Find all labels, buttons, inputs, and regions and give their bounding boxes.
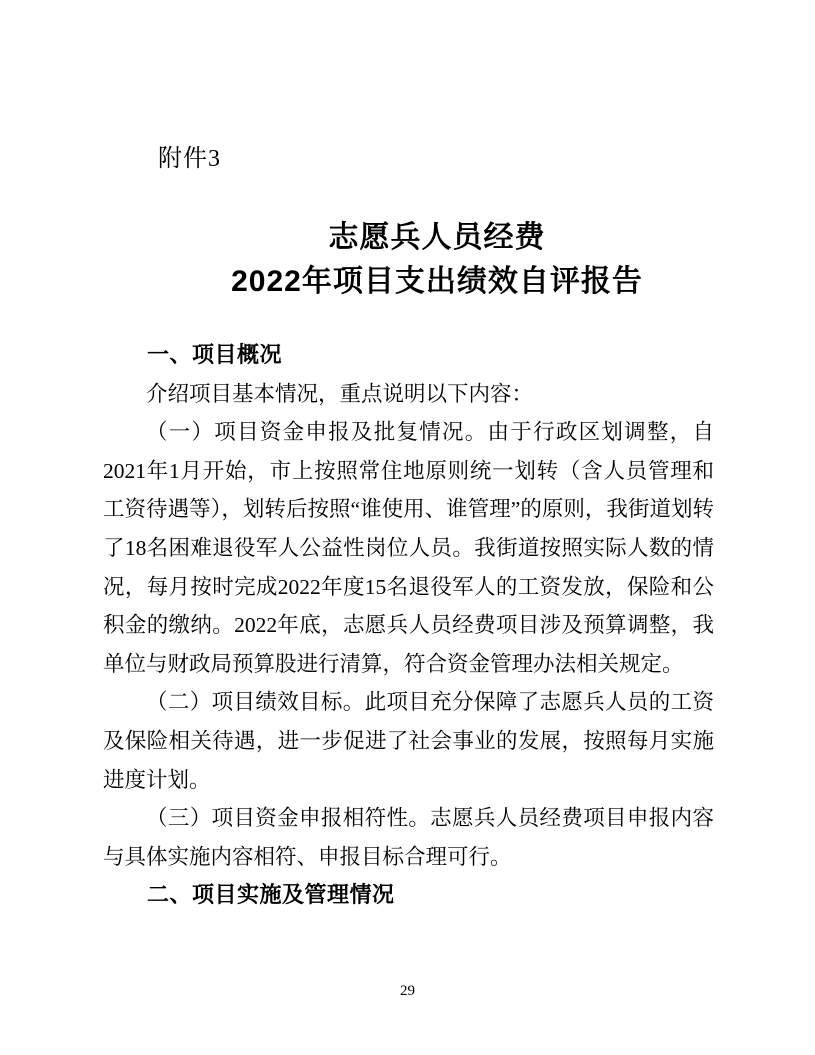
document-title-line-2: 2022年项目支出绩效自评报告	[132, 260, 742, 304]
paragraph-funding-approval: （一）项目资金申报及批复情况。由于行政区划调整，自2021年1月开始，市上按照常…	[103, 413, 714, 683]
section-heading-overview: 一、项目概况	[103, 336, 714, 375]
attachment-label: 附件3	[158, 144, 221, 174]
page-number: 29	[0, 982, 815, 1000]
section-heading-implementation: 二、项目实施及管理情况	[103, 876, 714, 915]
intro-paragraph: 介绍项目基本情况，重点说明以下内容：	[103, 375, 714, 414]
document-body: 一、项目概况 介绍项目基本情况，重点说明以下内容： （一）项目资金申报及批复情况…	[103, 336, 714, 915]
document-page: 附件3 志愿兵人员经费 2022年项目支出绩效自评报告 一、项目概况 介绍项目基…	[0, 0, 815, 1055]
paragraph-performance-goals: （二）项目绩效目标。此项目充分保障了志愿兵人员的工资及保险相关待遇，进一步促进了…	[103, 683, 714, 799]
paragraph-declaration-consistency: （三）项目资金申报相符性。志愿兵人员经费项目申报内容与具体实施内容相符、申报目标…	[103, 799, 714, 876]
document-title: 志愿兵人员经费 2022年项目支出绩效自评报告	[132, 216, 742, 304]
document-title-line-1: 志愿兵人员经费	[132, 216, 742, 260]
